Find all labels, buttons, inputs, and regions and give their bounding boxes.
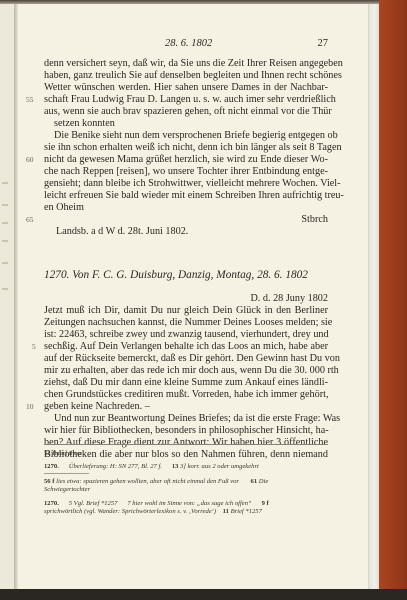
text-line: Wetter wünschen werden. Hier sahen unser… [44, 82, 328, 94]
letter-dateline: D. d. 28 Juny 1802 [44, 293, 328, 305]
text-line: sechßig. Auf Dein Verlangen behalte ich … [44, 341, 328, 353]
text-line: chen Grundstückes creditiren mußt. Vorre… [44, 389, 328, 401]
footnote-short-rule [44, 473, 89, 474]
variant-note: 52 Ihrer] iheer [44, 449, 328, 458]
text-line: Jetzt muß ich Dir, damit Du nur gleich D… [44, 305, 328, 317]
text-line: aus, wenn sie auch brav spazieren gehen,… [44, 106, 328, 118]
text-line: geben keine Nachreden. – [44, 401, 328, 413]
facing-page-edge [0, 4, 15, 592]
text-line: en Oheim [44, 202, 328, 214]
text-line: Die Benike sieht nun dem versprochenen B… [44, 130, 328, 142]
text-line: ben? Auf diese Frage dient zur Antwort: … [44, 437, 328, 449]
running-date: 28. 6. 1802 [165, 38, 212, 49]
line-number: 65 [26, 214, 40, 226]
text-line: nicht da gewesen Mama grüßet herzlich, s… [44, 154, 328, 166]
text-line: gensieht; dann bleibe ich Strohwittwer, … [44, 178, 328, 190]
text-line: leicht erfreuen Sie bald wieder mit eine… [44, 190, 328, 202]
line-number: 60 [26, 154, 40, 166]
text-line: setzen konnten [44, 118, 338, 130]
text-line: wir hier für Bibliothecken, besonders in… [44, 425, 328, 437]
text-line: schaft Frau Ludwig Frau D. Langen u. s. … [44, 94, 328, 106]
text-line: ist: 22463, schreibe zwey und zwanzig ta… [44, 329, 328, 341]
place-date: Landsb. a d W d. 28t. Juni 1802. [44, 226, 340, 238]
text-line: denn versichert seyn, daß wir, da Sie un… [44, 58, 328, 70]
variant-note: 1270. Überlieferung: H: SN 277, Bl. 27 f… [44, 462, 328, 471]
page-number: 27 [318, 38, 329, 49]
text-line: auf der Rückseite bemerckt, daß es Dir g… [44, 353, 328, 365]
commentary-note-continued: Schwiegertochter [44, 485, 328, 494]
text-line: Zeitungen nachsuchen kannst, die Nummer … [44, 317, 328, 329]
text-line: che nach Reppen [reisen], wo unsere Toch… [44, 166, 328, 178]
line-number: 10 [26, 401, 40, 413]
signature: Stbrch [44, 214, 328, 226]
footnote-rule [44, 444, 328, 445]
commentary-note-continued: sprichwörtlich (vgl. Wander: Sprichwörte… [44, 507, 328, 516]
text-line: sie ihn schon erhalten weiß ich nicht, d… [44, 142, 328, 154]
scan-bottom-shadow [0, 589, 407, 600]
text-line: ziehst, daß Du mir dann eine kleine Summ… [44, 377, 328, 389]
line-number: 55 [26, 94, 40, 106]
text-line: Und nun zur Beantwortung Deines Briefes;… [44, 413, 328, 425]
book-cover [379, 0, 407, 600]
letter-title: 1270. Von F. C. G. Duisburg, Danzig, Mon… [44, 269, 308, 281]
text-line: mir zu erhalten, aber das rede ich mir d… [44, 365, 328, 377]
text-line: haben, ganz treulich Sie auf denselben b… [44, 70, 328, 82]
